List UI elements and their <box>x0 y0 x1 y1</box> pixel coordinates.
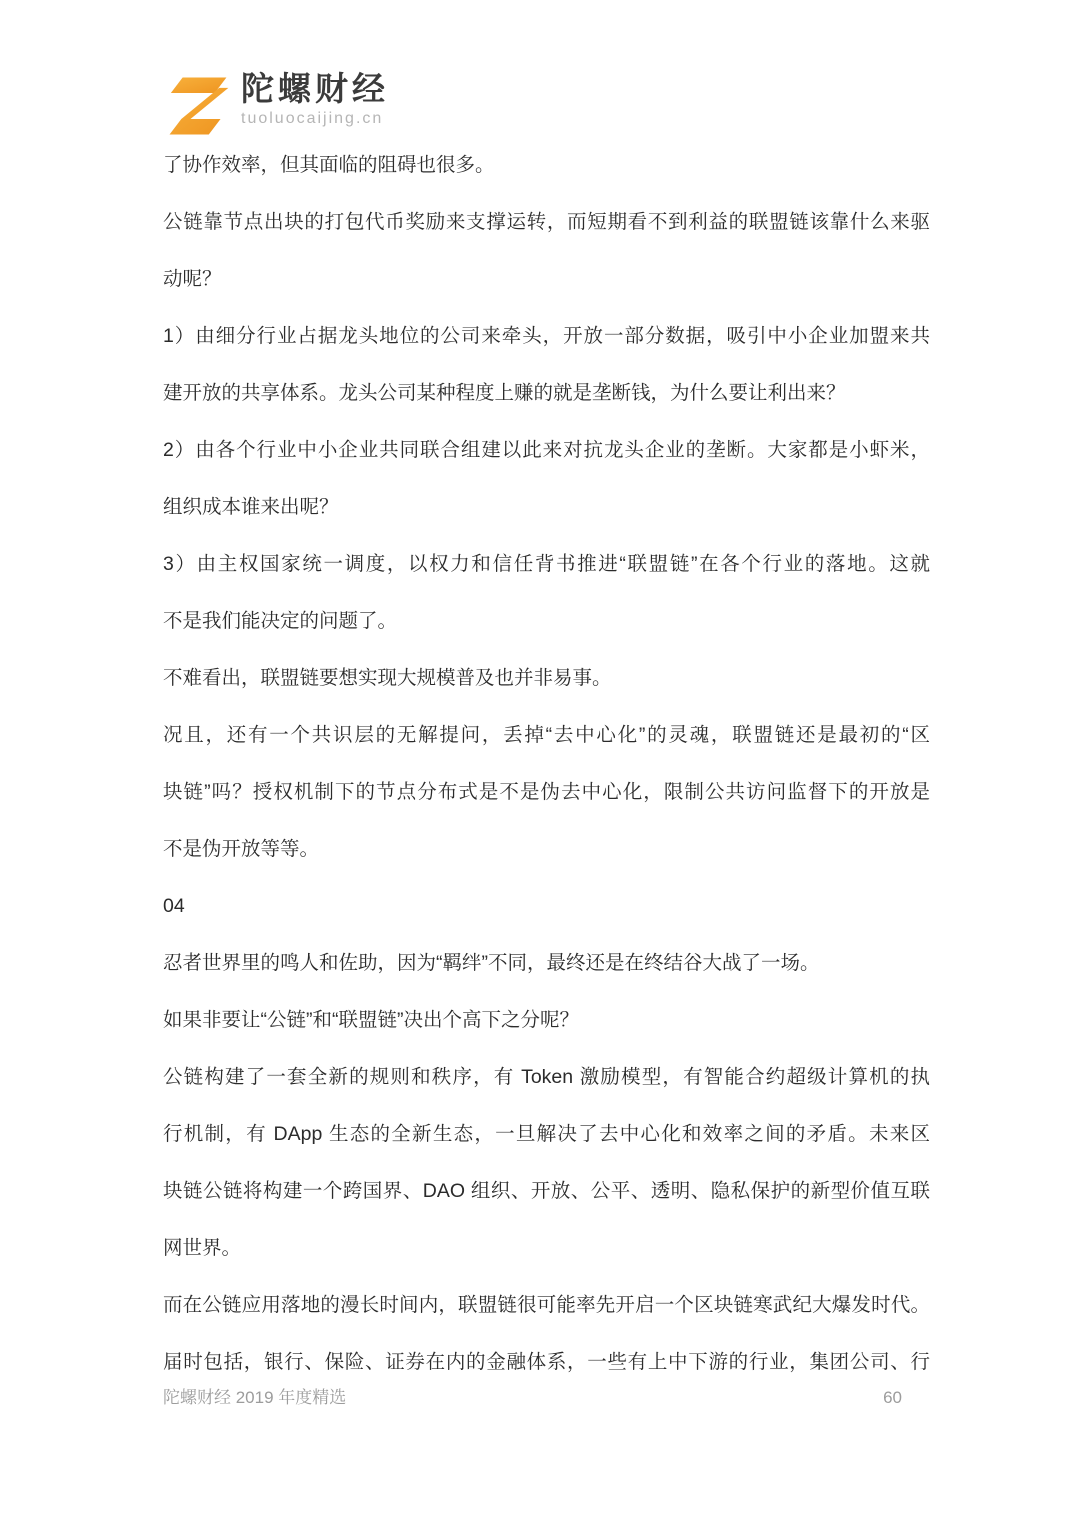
text-line: 2）由各个行业中小企业共同联合组建以此来对抗龙头企业的垄断。大家都是小虾米， <box>163 422 930 479</box>
text-line: 况且，还有一个共识层的无解提问，丢掉“去中心化”的灵魂，联盟链还是最初的“区 <box>163 707 930 764</box>
brand-name: 陀螺财经 <box>241 72 389 107</box>
text-line: 了协作效率，但其面临的阻碍也很多。 <box>163 137 930 194</box>
footer-title: 陀螺财经 2019 年度精选 <box>163 1383 346 1408</box>
text-line: 不是伪开放等等。 <box>163 821 930 878</box>
text-line: 忍者世界里的鸣人和佐助，因为“羁绊”不同，最终还是在终结谷大战了一场。 <box>163 935 930 992</box>
text-line: 04 <box>163 878 930 935</box>
text-line: 组织成本谁来出呢？ <box>163 479 930 536</box>
page-footer: 陀螺财经 2019 年度精选 60 <box>163 1383 930 1408</box>
document-page: 陀螺财经 tuoluocaijing.cn 了协作效率，但其面临的阻碍也很多。公… <box>0 0 1080 1527</box>
brand-domain: tuoluocaijing.cn <box>241 110 389 128</box>
text-line: 1）由细分行业占据龙头地位的公司来牵头，开放一部分数据，吸引中小企业加盟来共 <box>163 308 930 365</box>
text-line: 不是我们能决定的问题了。 <box>163 593 930 650</box>
text-line: 而在公链应用落地的漫长时间内，联盟链很可能率先开启一个区块链寒武纪大爆发时代。 <box>163 1277 930 1334</box>
page-number: 60 <box>883 1388 902 1408</box>
site-logo: 陀螺财经 tuoluocaijing.cn <box>163 72 389 138</box>
text-line: 动呢？ <box>163 251 930 308</box>
text-line: 3）由主权国家统一调度，以权力和信任背书推进“联盟链”在各个行业的落地。这就 <box>163 536 930 593</box>
text-line: 不难看出，联盟链要想实现大规模普及也并非易事。 <box>163 650 930 707</box>
article-body: 了协作效率，但其面临的阻碍也很多。公链靠节点出块的打包代币奖励来支撑运转，而短期… <box>163 137 930 1391</box>
text-line: 块链公链将构建一个跨国界、DAO 组织、开放、公平、透明、隐私保护的新型价值互联 <box>163 1163 930 1220</box>
text-line: 如果非要让“公链”和“联盟链”决出个高下之分呢？ <box>163 992 930 1049</box>
text-line: 建开放的共享体系。龙头公司某种程度上赚的就是垄断钱，为什么要让利出来？ <box>163 365 930 422</box>
text-line: 公链构建了一套全新的规则和秩序，有 Token 激励模型，有智能合约超级计算机的… <box>163 1049 930 1106</box>
text-line: 公链靠节点出块的打包代币奖励来支撑运转，而短期看不到利益的联盟链该靠什么来驱 <box>163 194 930 251</box>
logo-text-block: 陀螺财经 tuoluocaijing.cn <box>241 72 389 128</box>
text-line: 行机制，有 DApp 生态的全新生态，一旦解决了去中心化和效率之间的矛盾。未来区 <box>163 1106 930 1163</box>
text-line: 网世界。 <box>163 1220 930 1277</box>
text-line: 块链”吗？授权机制下的节点分布式是不是伪去中心化，限制公共访问监督下的开放是 <box>163 764 930 821</box>
brand-logo-icon <box>163 74 231 138</box>
